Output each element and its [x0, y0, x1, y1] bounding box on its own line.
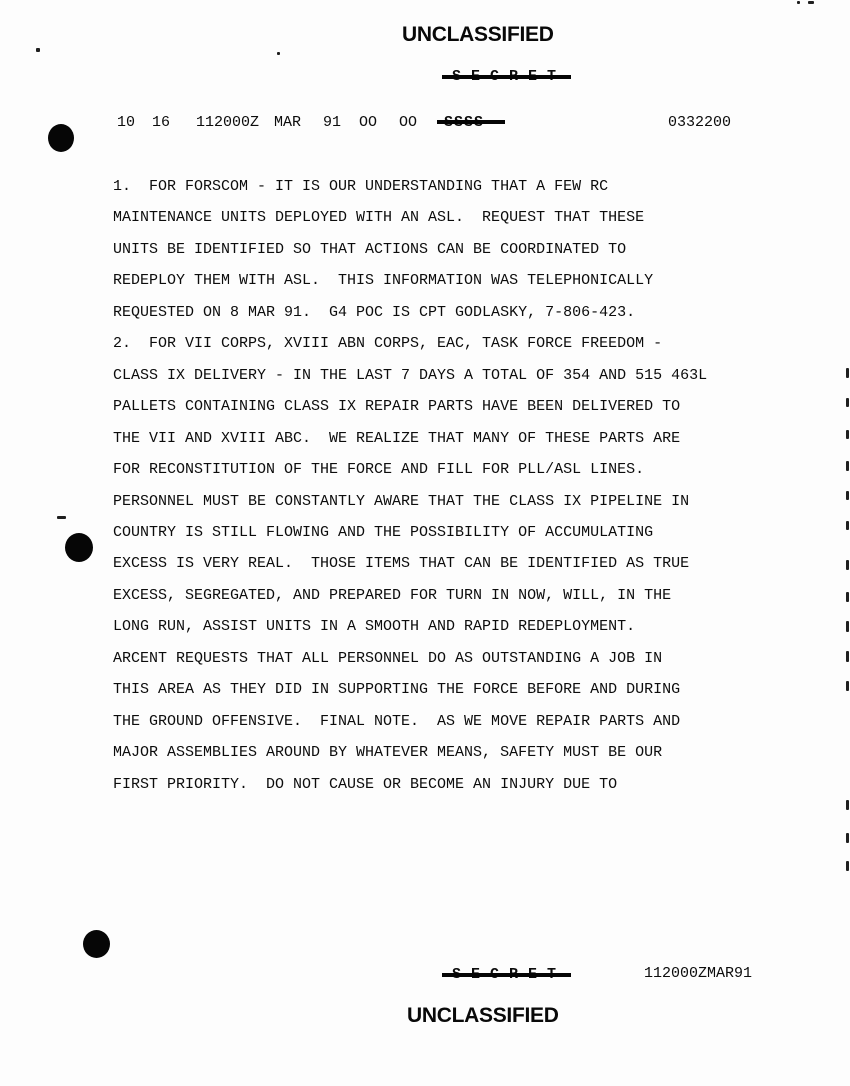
- header-token: OO: [399, 115, 417, 130]
- scan-artifact: [846, 368, 849, 378]
- struck-secret-top: S E C R E T: [452, 69, 557, 84]
- ink-dot-mark: [48, 124, 74, 152]
- scan-artifact: [846, 681, 849, 691]
- top-classification-banner: UNCLASSIFIED: [402, 24, 554, 45]
- message-body: 1. FOR FORSCOM - IT IS OUR UNDERSTANDING…: [113, 171, 813, 800]
- bottom-classification-banner: UNCLASSIFIED: [407, 1005, 559, 1026]
- struck-code-text: SSSS: [444, 115, 484, 130]
- footer-datetime-group: 112000ZMAR91: [644, 966, 752, 981]
- scan-artifact: [846, 621, 849, 632]
- header-token-datetime: 112000Z: [196, 115, 259, 130]
- scan-artifact: [57, 516, 66, 519]
- struck-secret-top-text: S E C R E T: [452, 69, 557, 84]
- scan-artifact: [846, 833, 849, 843]
- ink-dot-mark: [65, 533, 93, 562]
- header-token: OO: [359, 115, 377, 130]
- scan-artifact: [797, 1, 800, 4]
- scanned-document-page: UNCLASSIFIED S E C R E T 10 16 112000Z M…: [0, 0, 850, 1086]
- scan-artifact: [846, 560, 849, 570]
- header-token: 10: [117, 115, 135, 130]
- scan-artifact: [36, 48, 40, 52]
- scan-artifact: [846, 398, 849, 407]
- struck-secret-bottom: S E C R E T: [452, 967, 557, 982]
- scan-artifact: [846, 651, 849, 662]
- scan-artifact: [846, 430, 849, 439]
- struck-secret-bottom-text: S E C R E T: [452, 967, 557, 982]
- scan-artifact: [846, 592, 849, 602]
- ink-dot-mark: [83, 930, 110, 958]
- scan-artifact: [277, 52, 280, 55]
- scan-artifact: [846, 461, 849, 471]
- scan-artifact: [846, 861, 849, 871]
- scan-artifact: [846, 521, 849, 530]
- header-right-number: 0332200: [668, 115, 731, 130]
- header-token-month: MAR: [274, 115, 301, 130]
- scan-artifact: [846, 800, 849, 810]
- header-token: 16: [152, 115, 170, 130]
- header-token-year: 91: [323, 115, 341, 130]
- struck-code: SSSS: [444, 115, 484, 130]
- scan-artifact: [808, 1, 814, 4]
- scan-artifact: [846, 491, 849, 500]
